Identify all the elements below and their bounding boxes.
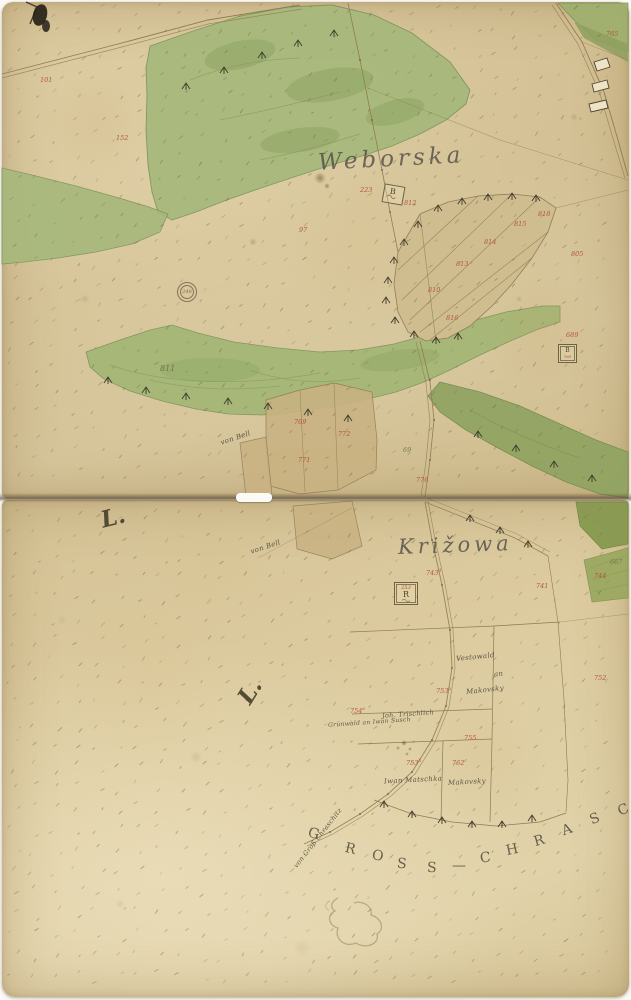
owner-name: Makovsky (466, 684, 505, 696)
parcel-number: 771 (298, 456, 310, 464)
parcel-number: 667 (610, 558, 622, 566)
parcel-number: 772 (338, 430, 350, 438)
owner-name: Makovsky (448, 777, 486, 787)
parcel-number: 805 (571, 250, 583, 258)
map-scan: Weborska Križowa B 248 B 765 253 R (0, 0, 631, 1000)
territory-label-krizowa: Križowa (398, 531, 513, 559)
arc-letter: S (427, 860, 437, 876)
parcel-number: 813 (456, 260, 468, 268)
owner-name: von Bell (250, 538, 282, 555)
owner-name: Iwan Matschka (384, 774, 442, 785)
arc-note: von Groß Chraschitz (292, 807, 344, 870)
parcel-number: 818 (538, 210, 550, 218)
parcel-number: 776 (416, 476, 428, 484)
parcel-number: 755 (464, 734, 476, 742)
parcel-number: 741 (536, 582, 548, 590)
parcel-number: 69 (403, 446, 411, 454)
circle-number: 248 (180, 285, 194, 299)
parcel-number: 101 (40, 76, 52, 84)
arc-letter: C (479, 849, 492, 866)
parcel-number: 810 (428, 286, 440, 294)
parcel-number: 753b (406, 758, 421, 767)
parcel-number: 814 (484, 238, 496, 246)
survey-marker-square-r: 253 R (394, 582, 418, 605)
arc-letter: R (343, 840, 357, 858)
parcel-number: 769 (294, 418, 306, 426)
marker-squiggle (387, 194, 398, 200)
parcel-number: 152 (116, 134, 128, 142)
survey-marker-square-b: B 765 (558, 344, 577, 363)
parcel-number: 752 (594, 674, 606, 682)
parcel-number: 816 (446, 314, 458, 322)
arc-letter: S (396, 856, 407, 873)
parcel-number: 815 (514, 220, 526, 228)
parcel-number: 97 (299, 226, 307, 234)
parcel-number: 743d (426, 568, 441, 577)
owner-name: Vestowald (456, 651, 495, 663)
owner-name: Grünwald an Iwan Susch (328, 716, 411, 729)
parcel-number: 762c (452, 758, 467, 767)
arc-letter: — (452, 858, 466, 874)
sheet-letter: L. (232, 674, 268, 709)
marker-letter: R (403, 591, 409, 599)
survey-marker-diamond: B (383, 185, 404, 204)
marker-squiggle (402, 599, 411, 602)
parcel-number: 811 (160, 364, 175, 373)
parcel-number: 812 (404, 199, 416, 207)
arc-letter: R (532, 832, 547, 850)
parcel-number: 744 (594, 572, 606, 580)
parcel-number: 223 (360, 186, 372, 194)
arc-letter: A (560, 821, 575, 839)
map-note: von Bell (220, 429, 252, 446)
parcel-number: 689 (566, 331, 578, 339)
parcel-number: 753a (436, 686, 451, 695)
sheet-letter: L. (98, 501, 128, 533)
owner-name: an (494, 670, 504, 679)
parcel-number: 765 (606, 30, 618, 38)
marker-number: 765 (564, 354, 572, 359)
arc-letter: H (504, 841, 519, 859)
parcel-number: 754a (350, 706, 365, 715)
map-annotations: Weborska Križowa B 248 B 765 253 R (0, 0, 631, 1000)
arc-letter: O (371, 847, 385, 865)
arc-letter: C (615, 801, 631, 820)
territory-label-weborska: Weborska (317, 142, 465, 176)
survey-marker-circle: 248 (177, 282, 197, 302)
arc-letter: S (587, 810, 602, 828)
